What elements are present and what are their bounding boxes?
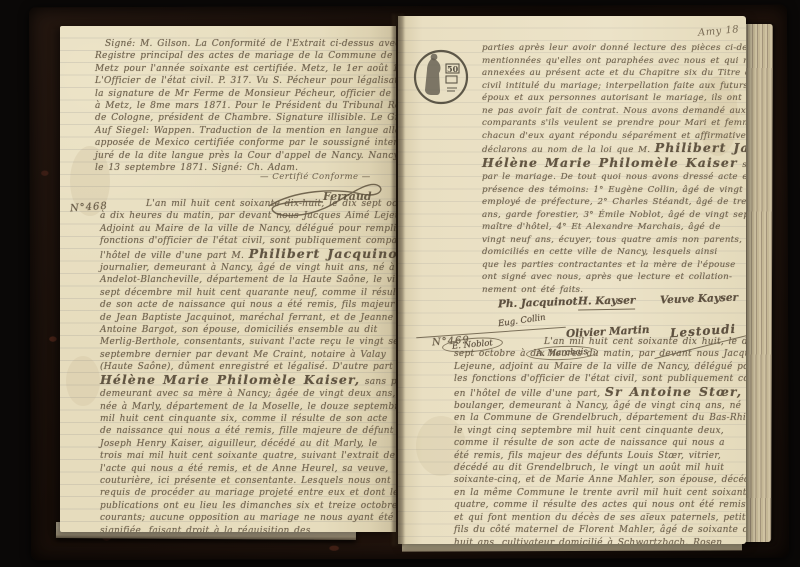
handwritten-line: ont signé avec nous, après que lecture e… — [482, 271, 742, 284]
handwritten-line: journalier, demeurant à Nancy, âgé de vi… — [100, 262, 394, 274]
handwritten-line: mentionnées qu'elles ont paraphées avec … — [482, 55, 742, 68]
handwritten-line: ne pas avoir fait de contrat. Nous avons… — [482, 105, 742, 118]
handwritten-line: demeurant avec sa mère à Nancy; âgée de … — [100, 388, 394, 400]
page-block-fore-edge — [743, 24, 773, 542]
signature-bride: H. Kayser — [578, 295, 636, 311]
handwritten-line: apposée de Mexico certifiée conforme par… — [95, 137, 391, 149]
handwritten-line: de naissance qui nous a été remis, fille… — [100, 425, 394, 437]
handwritten-line: quatre, comme il résulte des actes qui n… — [454, 499, 746, 511]
handwritten-line: Signé: M. Gilson. La Conformité de l'Ext… — [95, 38, 391, 50]
handwritten-line: de son acte de naissance qui nous a été … — [100, 299, 394, 311]
handwritten-line: L'an mil huit cent soixante dix huit, le… — [454, 336, 746, 348]
handwritten-line: le vingt cinq septembre mil huit cent ci… — [454, 425, 746, 437]
handwritten-line: L'an mil huit cent soixante dix-huit, le… — [100, 198, 394, 210]
handwritten-line: la signature de Mr Ferme de Monsieur Péc… — [95, 88, 391, 100]
handwritten-line: que les parties contractantes et la mère… — [482, 259, 742, 272]
handwritten-line: soixante-cinq, et de Marie Anne Mahler, … — [454, 474, 746, 486]
handwritten-line: Adjoint au Maire de la ville de Nancy, d… — [100, 223, 394, 235]
act-468-body-text: L'an mil huit cent soixante dix-huit, le… — [100, 198, 394, 532]
handwritten-line: maître d'hôtel, 4° Et Alexandre Marchais… — [482, 221, 742, 234]
handwritten-line: décédé au dit Grendelbruch, le vingt un … — [454, 462, 746, 474]
handwritten-line: publications ont eu lieu les dimanches s… — [100, 500, 394, 512]
handwritten-line: Joseph Henry Kaiser, aiguilleur, décédé … — [100, 438, 394, 450]
handwritten-line: à Metz, le 8me mars 1871. Pour le Présid… — [95, 100, 391, 112]
handwritten-line: été remis, fils majeur des défunts Louis… — [454, 450, 746, 462]
handwritten-line: Hélène Marie Philomèle Kaiser sont unis — [482, 157, 742, 172]
handwritten-line: en la Commune de Grendelbruch, départeme… — [454, 412, 746, 424]
handwritten-line: Merlig-Berthole, consentants, suivant l'… — [100, 336, 394, 348]
signature-groom: Ph. Jacquinot — [498, 296, 578, 311]
handwritten-line: sept décembre mil huit cent quarante neu… — [100, 287, 394, 299]
handwritten-line: fils du côté maternel de Florent Mahler,… — [454, 524, 746, 536]
register-page-right: Amy 18 50 parties après leur avoir donné… — [398, 16, 746, 544]
handwritten-line: boulanger, demeurant à Nancy, âgé de vin… — [454, 400, 746, 412]
handwritten-line: Lejeune, adjoint au Maire de la ville de… — [454, 361, 746, 373]
act-469-body-text: L'an mil huit cent soixante dix huit, le… — [454, 336, 746, 544]
previous-act-closing-text: Signé: M. Gilson. La Conformité de l'Ext… — [95, 38, 391, 174]
handwritten-line: signifiée, faisant droit à la réquisitio… — [100, 525, 394, 532]
revenue-stamp-icon: 50 — [410, 46, 472, 108]
photograph-background: Signé: M. Gilson. La Conformité de l'Ext… — [0, 0, 800, 567]
handwritten-line: couturière, ici présente et consentante.… — [100, 475, 394, 487]
handwritten-line: employé de préfecture, 2° Charles Stéand… — [482, 196, 742, 209]
handwritten-line: courants; aucune opposition au mariage n… — [100, 512, 394, 524]
handwritten-line: née à Marly, département de la Moselle, … — [100, 401, 394, 413]
person-name: Hélène Marie Philomèle Kaiser, — [100, 372, 360, 387]
handwritten-line: époux et aux personnes autorisant le mar… — [482, 92, 742, 105]
handwritten-line: de Cologne, président de Chambre. Signat… — [95, 112, 391, 124]
handwritten-line: domiciliés en cette ville de Nancy, lesq… — [482, 246, 742, 259]
handwritten-line: à dix heures du matin, par devant nous J… — [100, 210, 394, 222]
handwritten-line: mil huit cent cinquante six, comme il ré… — [100, 413, 394, 425]
person-name: Hélène Marie Philomèle Kaiser — [482, 155, 738, 170]
handwritten-line: comme il résulte de son acte de naissanc… — [454, 437, 746, 449]
handwritten-line: L'Officier de l'état civil. P. 317. Vu S… — [95, 75, 391, 87]
person-name: Philibert Jacquinot — [655, 140, 746, 155]
handwritten-line: vingt neuf ans, écuyer, tous quatre amis… — [482, 234, 742, 247]
handwritten-line: Andelot-Blancheville, département de la … — [100, 274, 394, 286]
handwritten-line: par le mariage. De tout quoi nous avons … — [482, 171, 742, 184]
folio-mark: Amy 18 — [698, 24, 740, 39]
handwritten-line: Metz pour l'année soixante est certifiée… — [95, 63, 391, 75]
handwritten-line: juré de la dite langue près la Cour d'ap… — [95, 150, 391, 162]
age-spot — [66, 356, 100, 406]
handwritten-line: civil intitulé du mariage; interpellatio… — [482, 80, 742, 93]
handwritten-line: annexées au présent acte et du Chapitre … — [482, 67, 742, 80]
act-468-continuation-text: parties après leur avoir donné lecture d… — [482, 42, 742, 296]
signature-witness-collin: Eug. Collin — [498, 313, 547, 330]
handwritten-line: présence des témoins: 1° Eugène Collin, … — [482, 184, 742, 197]
handwritten-line: l'acte qui nous a été remis, et de Anne … — [100, 463, 394, 475]
handwritten-line: l'hôtel de ville d'une part M. Philibert… — [100, 248, 394, 262]
register-page-left: Signé: M. Gilson. La Conformité de l'Ext… — [60, 26, 396, 532]
handwritten-line: huit ans, cultivateur domicilié à Schwar… — [454, 537, 746, 545]
handwritten-line: en la même Commune le trente avril mil h… — [454, 487, 746, 499]
handwritten-line: Hélène Marie Philomèle Kaiser, sans prof… — [100, 374, 394, 388]
handwritten-line: Auf Siegel: Wappen. Traduction de la men… — [95, 125, 391, 137]
stamp-denomination: 50 — [447, 64, 459, 74]
handwritten-line: parties après leur avoir donné lecture d… — [482, 42, 742, 55]
handwritten-line: Antoine Bargot, son épouse, domiciliés e… — [100, 324, 394, 336]
handwritten-line: de Jean Baptiste Jacquinot, maréchal fer… — [100, 312, 394, 324]
handwritten-line: Registre principal des actes de mariage … — [95, 50, 391, 62]
person-name: Philibert Jacquinot, — [249, 246, 396, 261]
handwritten-line: trois mai mil huit cent soixante quatre,… — [100, 450, 394, 462]
handwritten-line: en l'hôtel de ville d'une part, Sr Antoi… — [454, 386, 746, 400]
handwritten-line: ans, garde forestier, 3° Émile Noblot, â… — [482, 209, 742, 222]
handwritten-line: et qui font mention du décès de ses aïeu… — [454, 512, 746, 524]
signature-widow-kayser: Veuve Kayser — [660, 292, 738, 307]
handwritten-line: requis de procéder au mariage projeté en… — [100, 487, 394, 499]
handwritten-line: comparants s'ils veulent se prendre pour… — [482, 117, 742, 130]
book-gutter-shadow — [392, 14, 404, 546]
handwritten-line: sept octobre à dix heures du matin, par … — [454, 348, 746, 360]
person-name: Sr Antoine Stœr, — [605, 384, 742, 399]
revenue-stamp: 50 — [410, 46, 472, 112]
handwritten-line: septembre dernier par devant Me Craint, … — [100, 349, 394, 361]
